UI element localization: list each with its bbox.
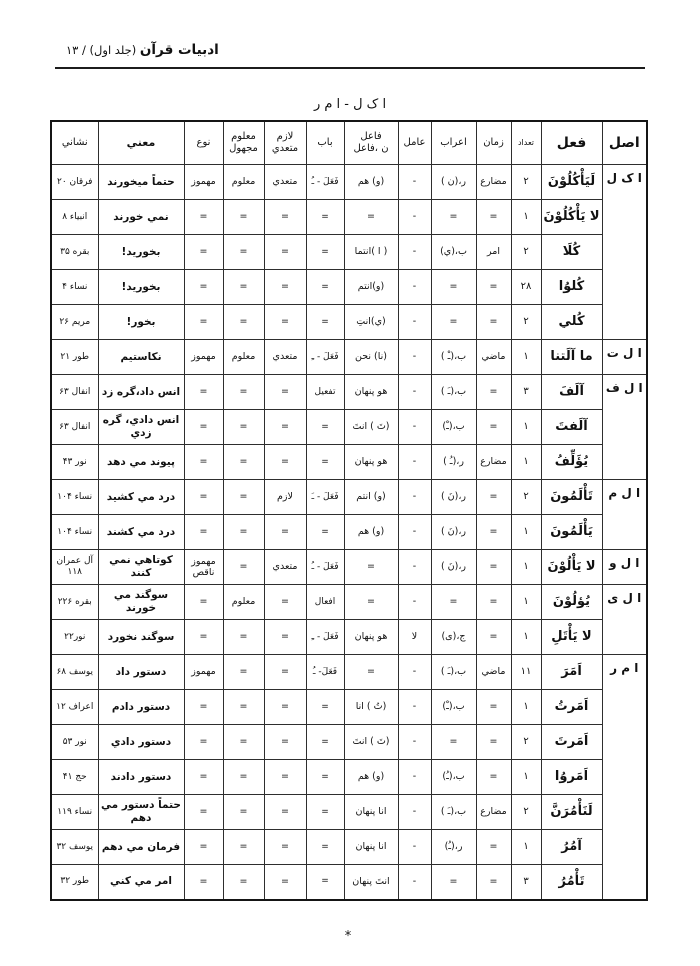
cell-erab: =	[431, 305, 476, 340]
cell-meaning: سوگند مي خورند	[98, 585, 184, 620]
cell-count: ۲۸	[511, 270, 541, 305]
cell-tense: =	[476, 270, 511, 305]
table-row: يُؤَلِّفُ۱مضارعر،(ـُ )-هو پنهان====پيوند…	[51, 445, 647, 480]
cell-root: ا ل و	[602, 550, 647, 585]
cell-bab: =	[306, 725, 344, 760]
cell-type: =	[184, 830, 223, 865]
cell-tense: =	[476, 200, 511, 235]
cell-meaning: امر مي كني	[98, 865, 184, 900]
cell-transitivity: متعدي	[264, 550, 306, 585]
cell-type: =	[184, 375, 223, 410]
cell-bab: =	[306, 410, 344, 445]
table-row: اَمَرتُ۱=ب،(ـْ)-(تُ ) انا====دستور دادما…	[51, 690, 647, 725]
column-header: فاعل ن ،فاعل	[344, 121, 398, 165]
cell-tense: مضارع	[476, 165, 511, 200]
cell-reference: طور ۲۱	[51, 340, 98, 375]
header-divider	[55, 67, 645, 69]
cell-transitivity: =	[264, 690, 306, 725]
cell-meaning: درد مي كشند	[98, 515, 184, 550]
cell-meaning: حتماً دستور مي دهم	[98, 795, 184, 830]
cell-verb: اَمَرتُ	[541, 690, 602, 725]
cell-count: ۱	[511, 550, 541, 585]
cell-verb: تَأْمُرُ	[541, 865, 602, 900]
verb-conjugation-table: اصلفعلتعدادزماناعرابعاملفاعل ن ،فاعلبابل…	[50, 120, 648, 901]
cell-bab: =	[306, 795, 344, 830]
cell-transitivity: =	[264, 375, 306, 410]
cell-transitivity: =	[264, 585, 306, 620]
cell-subject: هو پنهان	[344, 620, 398, 655]
cell-voice: =	[223, 375, 264, 410]
cell-count: ۱	[511, 690, 541, 725]
cell-erab: =	[431, 725, 476, 760]
cell-agent: -	[398, 725, 431, 760]
column-header: باب	[306, 121, 344, 165]
cell-meaning: درد مي كشيد	[98, 480, 184, 515]
cell-erab: ب،(ـُ)	[431, 760, 476, 795]
cell-tense: =	[476, 480, 511, 515]
cell-transitivity: =	[264, 515, 306, 550]
column-header: تعداد	[511, 121, 541, 165]
cell-erab: ج،(ی)	[431, 620, 476, 655]
table-row: ا ل ولا يَأْلُوْنَ۱=ر،(نَ )-=فَعَلَ - ـُ…	[51, 550, 647, 585]
cell-type: =	[184, 200, 223, 235]
table-header: اصلفعلتعدادزماناعرابعاملفاعل ن ،فاعلبابل…	[51, 121, 647, 165]
cell-agent: -	[398, 445, 431, 480]
column-header: نشاني	[51, 121, 98, 165]
cell-voice: =	[223, 480, 264, 515]
cell-reference: نساء ۱۰۴	[51, 515, 98, 550]
cell-tense: =	[476, 305, 511, 340]
table-row: ا ل فآلَفَ۳=ب،(ـَ )-هو پنهانتفعيل===انس …	[51, 375, 647, 410]
cell-transitivity: =	[264, 445, 306, 480]
cell-bab: فَعَلَ - ـِ	[306, 620, 344, 655]
cell-type: =	[184, 585, 223, 620]
cell-meaning: دستور دادم	[98, 690, 184, 725]
cell-reference: حج ۴۱	[51, 760, 98, 795]
cell-subject: هو پنهان	[344, 375, 398, 410]
cell-meaning: فرمان مي دهم	[98, 830, 184, 865]
cell-verb: آلَفَ	[541, 375, 602, 410]
cell-subject: (تَ ) انتَ	[344, 725, 398, 760]
cell-meaning: دستور دادي	[98, 725, 184, 760]
cell-agent: -	[398, 410, 431, 445]
cell-agent: -	[398, 795, 431, 830]
cell-voice: =	[223, 725, 264, 760]
table-row: كُلَا۲امرب،(ي)-( ا )انتما====بخوريد!بقره…	[51, 235, 647, 270]
cell-tense: =	[476, 375, 511, 410]
cell-subject: هو پنهان	[344, 445, 398, 480]
table-row: لا يَأْتَلِ۱=ج،(ی)لاهو پنهانفَعَلَ - ـِ=…	[51, 620, 647, 655]
cell-type: =	[184, 795, 223, 830]
table-row: آلَفتَ۱=ب،(ـْ)-(تَ ) انتَ====انس دادي، گ…	[51, 410, 647, 445]
cell-reference: آل عمران ۱۱۸	[51, 550, 98, 585]
cell-count: ۱	[511, 620, 541, 655]
cell-tense: =	[476, 515, 511, 550]
cell-count: ۱	[511, 830, 541, 865]
cell-erab: ب،(ـَ )	[431, 375, 476, 410]
cell-count: ۱	[511, 585, 541, 620]
cell-transitivity: =	[264, 865, 306, 900]
cell-type: مهموز ناقص	[184, 550, 223, 585]
cell-erab: =	[431, 200, 476, 235]
cell-bab: تفعيل	[306, 375, 344, 410]
cell-type: مهموز	[184, 165, 223, 200]
table-row: آمُرُ۱=ر،(ـُ)-انا پنهان====فرمان مي دهمي…	[51, 830, 647, 865]
cell-voice: معلوم	[223, 165, 264, 200]
table-row: يَأْلَمُونَ۱=ر،(نَ )-(و) هم====درد مي كش…	[51, 515, 647, 550]
cell-verb: لَنَأْمُرَنَّ	[541, 795, 602, 830]
cell-agent: -	[398, 375, 431, 410]
cell-type: =	[184, 865, 223, 900]
cell-verb: ما آلَتنا	[541, 340, 602, 375]
header-row: اصلفعلتعدادزماناعرابعاملفاعل ن ،فاعلبابل…	[51, 121, 647, 165]
column-header: زمان	[476, 121, 511, 165]
cell-tense: =	[476, 760, 511, 795]
cell-reference: نور ۴۳	[51, 445, 98, 480]
cell-erab: ر،(نَ )	[431, 550, 476, 585]
cell-tense: مضارع	[476, 445, 511, 480]
table-body: ا ک للَيَأْكُلُوْنَ۲مضارعر،(ن )-(و) همفَ…	[51, 165, 647, 900]
cell-tense: ماضي	[476, 655, 511, 690]
cell-subject: (و) هم	[344, 515, 398, 550]
cell-type: =	[184, 305, 223, 340]
cell-transitivity: =	[264, 830, 306, 865]
cell-bab: =	[306, 305, 344, 340]
cell-tense: =	[476, 690, 511, 725]
table-row: ا ل یيُؤلُوْنَ۱==-=افعال=معلوم=سوگند مي …	[51, 585, 647, 620]
cell-transitivity: =	[264, 410, 306, 445]
table-row: ا ک للَيَأْكُلُوْنَ۲مضارعر،(ن )-(و) همفَ…	[51, 165, 647, 200]
cell-erab: =	[431, 865, 476, 900]
cell-reference: طور ۳۲	[51, 865, 98, 900]
cell-voice: =	[223, 795, 264, 830]
cell-subject: انتَ پنهان	[344, 865, 398, 900]
cell-reference: اعراف ۱۲	[51, 690, 98, 725]
cell-transitivity: =	[264, 305, 306, 340]
table-row: ا ل متَأْلَمُونَ۲=ر،(نَ )-(و) انتمفَعَلَ…	[51, 480, 647, 515]
cell-bab: افعال	[306, 585, 344, 620]
cell-reference: نساء ۴	[51, 270, 98, 305]
cell-subject: (ي)انتِ	[344, 305, 398, 340]
cell-transitivity: متعدي	[264, 165, 306, 200]
cell-subject: =	[344, 655, 398, 690]
cell-reference: انفال ۶۳	[51, 375, 98, 410]
cell-agent: -	[398, 865, 431, 900]
cell-reference: مريم ۲۶	[51, 305, 98, 340]
cell-root: ا ل ی	[602, 585, 647, 655]
cell-bab: =	[306, 830, 344, 865]
cell-reference: انبياء ۸	[51, 200, 98, 235]
cell-subject: (تُ ) انا	[344, 690, 398, 725]
table-row: كُلي۲==-(ي)انتِ====بخور!مريم ۲۶	[51, 305, 647, 340]
cell-bab: =	[306, 690, 344, 725]
cell-bab: فَعَلَ - ـُ	[306, 165, 344, 200]
cell-verb: آمُرُ	[541, 830, 602, 865]
cell-agent: -	[398, 305, 431, 340]
table-row: كُلوُا۲۸==-(و)انتم====بخوريد!نساء ۴	[51, 270, 647, 305]
cell-voice: =	[223, 865, 264, 900]
cell-tense: =	[476, 865, 511, 900]
cell-bab: فَعَلَ - ـُ	[306, 550, 344, 585]
cell-voice: معلوم	[223, 340, 264, 375]
table-row: لا يَأْكُلُوْنَ۱==-=====نمي خورندانبياء …	[51, 200, 647, 235]
cell-type: مهموز	[184, 655, 223, 690]
cell-voice: =	[223, 235, 264, 270]
cell-type: =	[184, 760, 223, 795]
cell-tense: مضارع	[476, 795, 511, 830]
cell-transitivity: =	[264, 725, 306, 760]
cell-agent: -	[398, 690, 431, 725]
cell-reference: نساء ۱۰۴	[51, 480, 98, 515]
volume-label: (جلد اول)	[90, 43, 137, 57]
section-title: ا ک ل - ا م ر	[0, 97, 700, 112]
cell-voice: =	[223, 445, 264, 480]
cell-count: ۱	[511, 515, 541, 550]
cell-agent: -	[398, 340, 431, 375]
column-header: معني	[98, 121, 184, 165]
cell-erab: ب،(ـَ )	[431, 795, 476, 830]
cell-erab: ب،(ـَ )	[431, 655, 476, 690]
cell-verb: لَيَأْكُلُوْنَ	[541, 165, 602, 200]
cell-voice: =	[223, 410, 264, 445]
cell-erab: ر،(نَ )	[431, 515, 476, 550]
cell-type: مهموز	[184, 340, 223, 375]
cell-root: ا ل ت	[602, 340, 647, 375]
cell-meaning: انس داد،گره زد	[98, 375, 184, 410]
cell-transitivity: =	[264, 235, 306, 270]
cell-voice: =	[223, 515, 264, 550]
page-header: ادبيات قرآن (جلد اول) / ۱۳	[66, 42, 219, 58]
cell-agent: -	[398, 830, 431, 865]
cell-reference: نور۲۲	[51, 620, 98, 655]
cell-erab: ب،(ـْ )	[431, 340, 476, 375]
cell-type: =	[184, 690, 223, 725]
cell-meaning: پيوند مي دهد	[98, 445, 184, 480]
cell-bab: =	[306, 865, 344, 900]
cell-transitivity: =	[264, 655, 306, 690]
cell-tense: =	[476, 410, 511, 445]
cell-tense: =	[476, 725, 511, 760]
cell-verb: كُلي	[541, 305, 602, 340]
cell-tense: ماضي	[476, 340, 511, 375]
cell-meaning: نكاستيم	[98, 340, 184, 375]
cell-voice: =	[223, 830, 264, 865]
table-row: اَمَروُا۱=ب،(ـُ)-(و) هم====دستور دادندحج…	[51, 760, 647, 795]
table-row: اَمَرتَ۲==-(تَ ) انتَ====دستور دادينور ۵…	[51, 725, 647, 760]
cell-meaning: كوتاهي نمي كنند	[98, 550, 184, 585]
cell-voice: =	[223, 690, 264, 725]
cell-verb: يُؤلُوْنَ	[541, 585, 602, 620]
table-row: تَأْمُرُ۳==-انتَ پنهان====امر مي كنيطور …	[51, 865, 647, 900]
book-title: ادبيات قرآن	[140, 42, 219, 58]
cell-count: ۲	[511, 480, 541, 515]
cell-type: =	[184, 725, 223, 760]
cell-reference: فرقان ۲۰	[51, 165, 98, 200]
cell-verb: اَمَرَ	[541, 655, 602, 690]
cell-agent: -	[398, 655, 431, 690]
cell-voice: =	[223, 620, 264, 655]
cell-agent: -	[398, 235, 431, 270]
cell-subject: (و) انتم	[344, 480, 398, 515]
cell-count: ۲	[511, 795, 541, 830]
column-header: لازم متعدي	[264, 121, 306, 165]
cell-transitivity: لازم	[264, 480, 306, 515]
cell-verb: اَمَرتَ	[541, 725, 602, 760]
cell-subject: ( ا )انتما	[344, 235, 398, 270]
cell-agent: -	[398, 270, 431, 305]
cell-verb: اَمَروُا	[541, 760, 602, 795]
cell-root: ا م ر	[602, 655, 647, 900]
cell-transitivity: =	[264, 200, 306, 235]
cell-erab: ب،(ـْ)	[431, 690, 476, 725]
cell-verb: كُلَا	[541, 235, 602, 270]
cell-bab: فَعَلَ - ـِ	[306, 340, 344, 375]
cell-bab: =	[306, 445, 344, 480]
cell-verb: لا يَأْتَلِ	[541, 620, 602, 655]
cell-erab: ر،(نَ )	[431, 480, 476, 515]
cell-bab: =	[306, 235, 344, 270]
cell-count: ۱۱	[511, 655, 541, 690]
cell-erab: =	[431, 270, 476, 305]
cell-verb: يَأْلَمُونَ	[541, 515, 602, 550]
cell-meaning: حتماً ميخورند	[98, 165, 184, 200]
cell-agent: -	[398, 550, 431, 585]
cell-bab: فَعَلَ- ـُ	[306, 655, 344, 690]
cell-transitivity: =	[264, 795, 306, 830]
cell-transitivity: =	[264, 270, 306, 305]
column-header: اصل	[602, 121, 647, 165]
cell-count: ۲	[511, 165, 541, 200]
cell-subject: (و)انتم	[344, 270, 398, 305]
cell-erab: ر،(ن )	[431, 165, 476, 200]
cell-agent: -	[398, 200, 431, 235]
cell-count: ۲	[511, 235, 541, 270]
cell-agent: -	[398, 760, 431, 795]
table-row: ا م راَمَرَ۱۱ماضيب،(ـَ )-=فَعَلَ- ـُ==مه…	[51, 655, 647, 690]
cell-tense: =	[476, 550, 511, 585]
cell-meaning: سوگند نخورد	[98, 620, 184, 655]
cell-count: ۱	[511, 760, 541, 795]
cell-type: =	[184, 270, 223, 305]
cell-voice: =	[223, 305, 264, 340]
cell-bab: =	[306, 760, 344, 795]
cell-bab: =	[306, 200, 344, 235]
cell-bab: =	[306, 515, 344, 550]
cell-count: ۱	[511, 340, 541, 375]
cell-subject: =	[344, 585, 398, 620]
cell-subject: =	[344, 200, 398, 235]
cell-bab: =	[306, 270, 344, 305]
cell-type: =	[184, 620, 223, 655]
cell-subject: (و) هم	[344, 760, 398, 795]
cell-count: ۳	[511, 865, 541, 900]
cell-reference: بقره ۲۲۶	[51, 585, 98, 620]
cell-subject: انا پنهان	[344, 830, 398, 865]
cell-verb: آلَفتَ	[541, 410, 602, 445]
cell-meaning: دستور داد	[98, 655, 184, 690]
cell-agent: -	[398, 585, 431, 620]
cell-count: ۲	[511, 725, 541, 760]
cell-type: =	[184, 445, 223, 480]
cell-agent: -	[398, 165, 431, 200]
cell-subject: =	[344, 550, 398, 585]
cell-verb: لا يَأْلُوْنَ	[541, 550, 602, 585]
cell-reference: نور ۵۳	[51, 725, 98, 760]
cell-voice: =	[223, 200, 264, 235]
cell-reference: نساء ۱۱۹	[51, 795, 98, 830]
cell-root: ا ل م	[602, 480, 647, 550]
cell-count: ۱	[511, 445, 541, 480]
table-row: ا ل تما آلَتنا۱ماضيب،(ـْ )-(نا) نحنفَعَل…	[51, 340, 647, 375]
cell-subject: (تَ ) انتَ	[344, 410, 398, 445]
cell-count: ۱	[511, 200, 541, 235]
cell-subject: انا پنهان	[344, 795, 398, 830]
cell-verb: تَأْلَمُونَ	[541, 480, 602, 515]
cell-root: ا ک ل	[602, 165, 647, 340]
cell-erab: =	[431, 585, 476, 620]
cell-tense: =	[476, 620, 511, 655]
cell-meaning: بخوريد!	[98, 235, 184, 270]
cell-erab: ر،(ـُ)	[431, 830, 476, 865]
cell-bab: فَعَلَ - ـَ	[306, 480, 344, 515]
cell-type: =	[184, 515, 223, 550]
cell-type: =	[184, 235, 223, 270]
cell-erab: ب،(ي)	[431, 235, 476, 270]
column-header: عامل	[398, 121, 431, 165]
cell-voice: =	[223, 655, 264, 690]
cell-voice: معلوم	[223, 585, 264, 620]
cell-agent: لا	[398, 620, 431, 655]
cell-verb: يُؤَلِّفُ	[541, 445, 602, 480]
cell-erab: ب،(ـْ)	[431, 410, 476, 445]
cell-erab: ر،(ـُ )	[431, 445, 476, 480]
cell-type: =	[184, 480, 223, 515]
cell-verb: لا يَأْكُلُوْنَ	[541, 200, 602, 235]
cell-meaning: نمي خورند	[98, 200, 184, 235]
cell-root: ا ل ف	[602, 375, 647, 480]
cell-reference: يوسف ۳۲	[51, 830, 98, 865]
cell-count: ۲	[511, 305, 541, 340]
cell-tense: =	[476, 830, 511, 865]
cell-agent: -	[398, 515, 431, 550]
page-number: / ۱۳	[66, 43, 86, 57]
cell-reference: بقره ۳۵	[51, 235, 98, 270]
cell-voice: =	[223, 550, 264, 585]
table-row: لَنَأْمُرَنَّ۲مضارعب،(ـَ )-انا پنهان====…	[51, 795, 647, 830]
cell-transitivity: =	[264, 620, 306, 655]
cell-subject: (و) هم	[344, 165, 398, 200]
cell-reference: يوسف ۶۸	[51, 655, 98, 690]
cell-meaning: انس دادي، گره زدي	[98, 410, 184, 445]
cell-agent: -	[398, 480, 431, 515]
cell-count: ۳	[511, 375, 541, 410]
cell-transitivity: =	[264, 760, 306, 795]
cell-meaning: بخوريد!	[98, 270, 184, 305]
footnote-mark: *	[0, 929, 696, 944]
cell-transitivity: متعدي	[264, 340, 306, 375]
column-header: اعراب	[431, 121, 476, 165]
cell-meaning: بخور!	[98, 305, 184, 340]
cell-meaning: دستور دادند	[98, 760, 184, 795]
column-header: نوع	[184, 121, 223, 165]
cell-type: =	[184, 410, 223, 445]
column-header: معلوم مجهول	[223, 121, 264, 165]
cell-voice: =	[223, 760, 264, 795]
cell-subject: (نا) نحن	[344, 340, 398, 375]
cell-count: ۱	[511, 410, 541, 445]
cell-tense: امر	[476, 235, 511, 270]
column-header: فعل	[541, 121, 602, 165]
